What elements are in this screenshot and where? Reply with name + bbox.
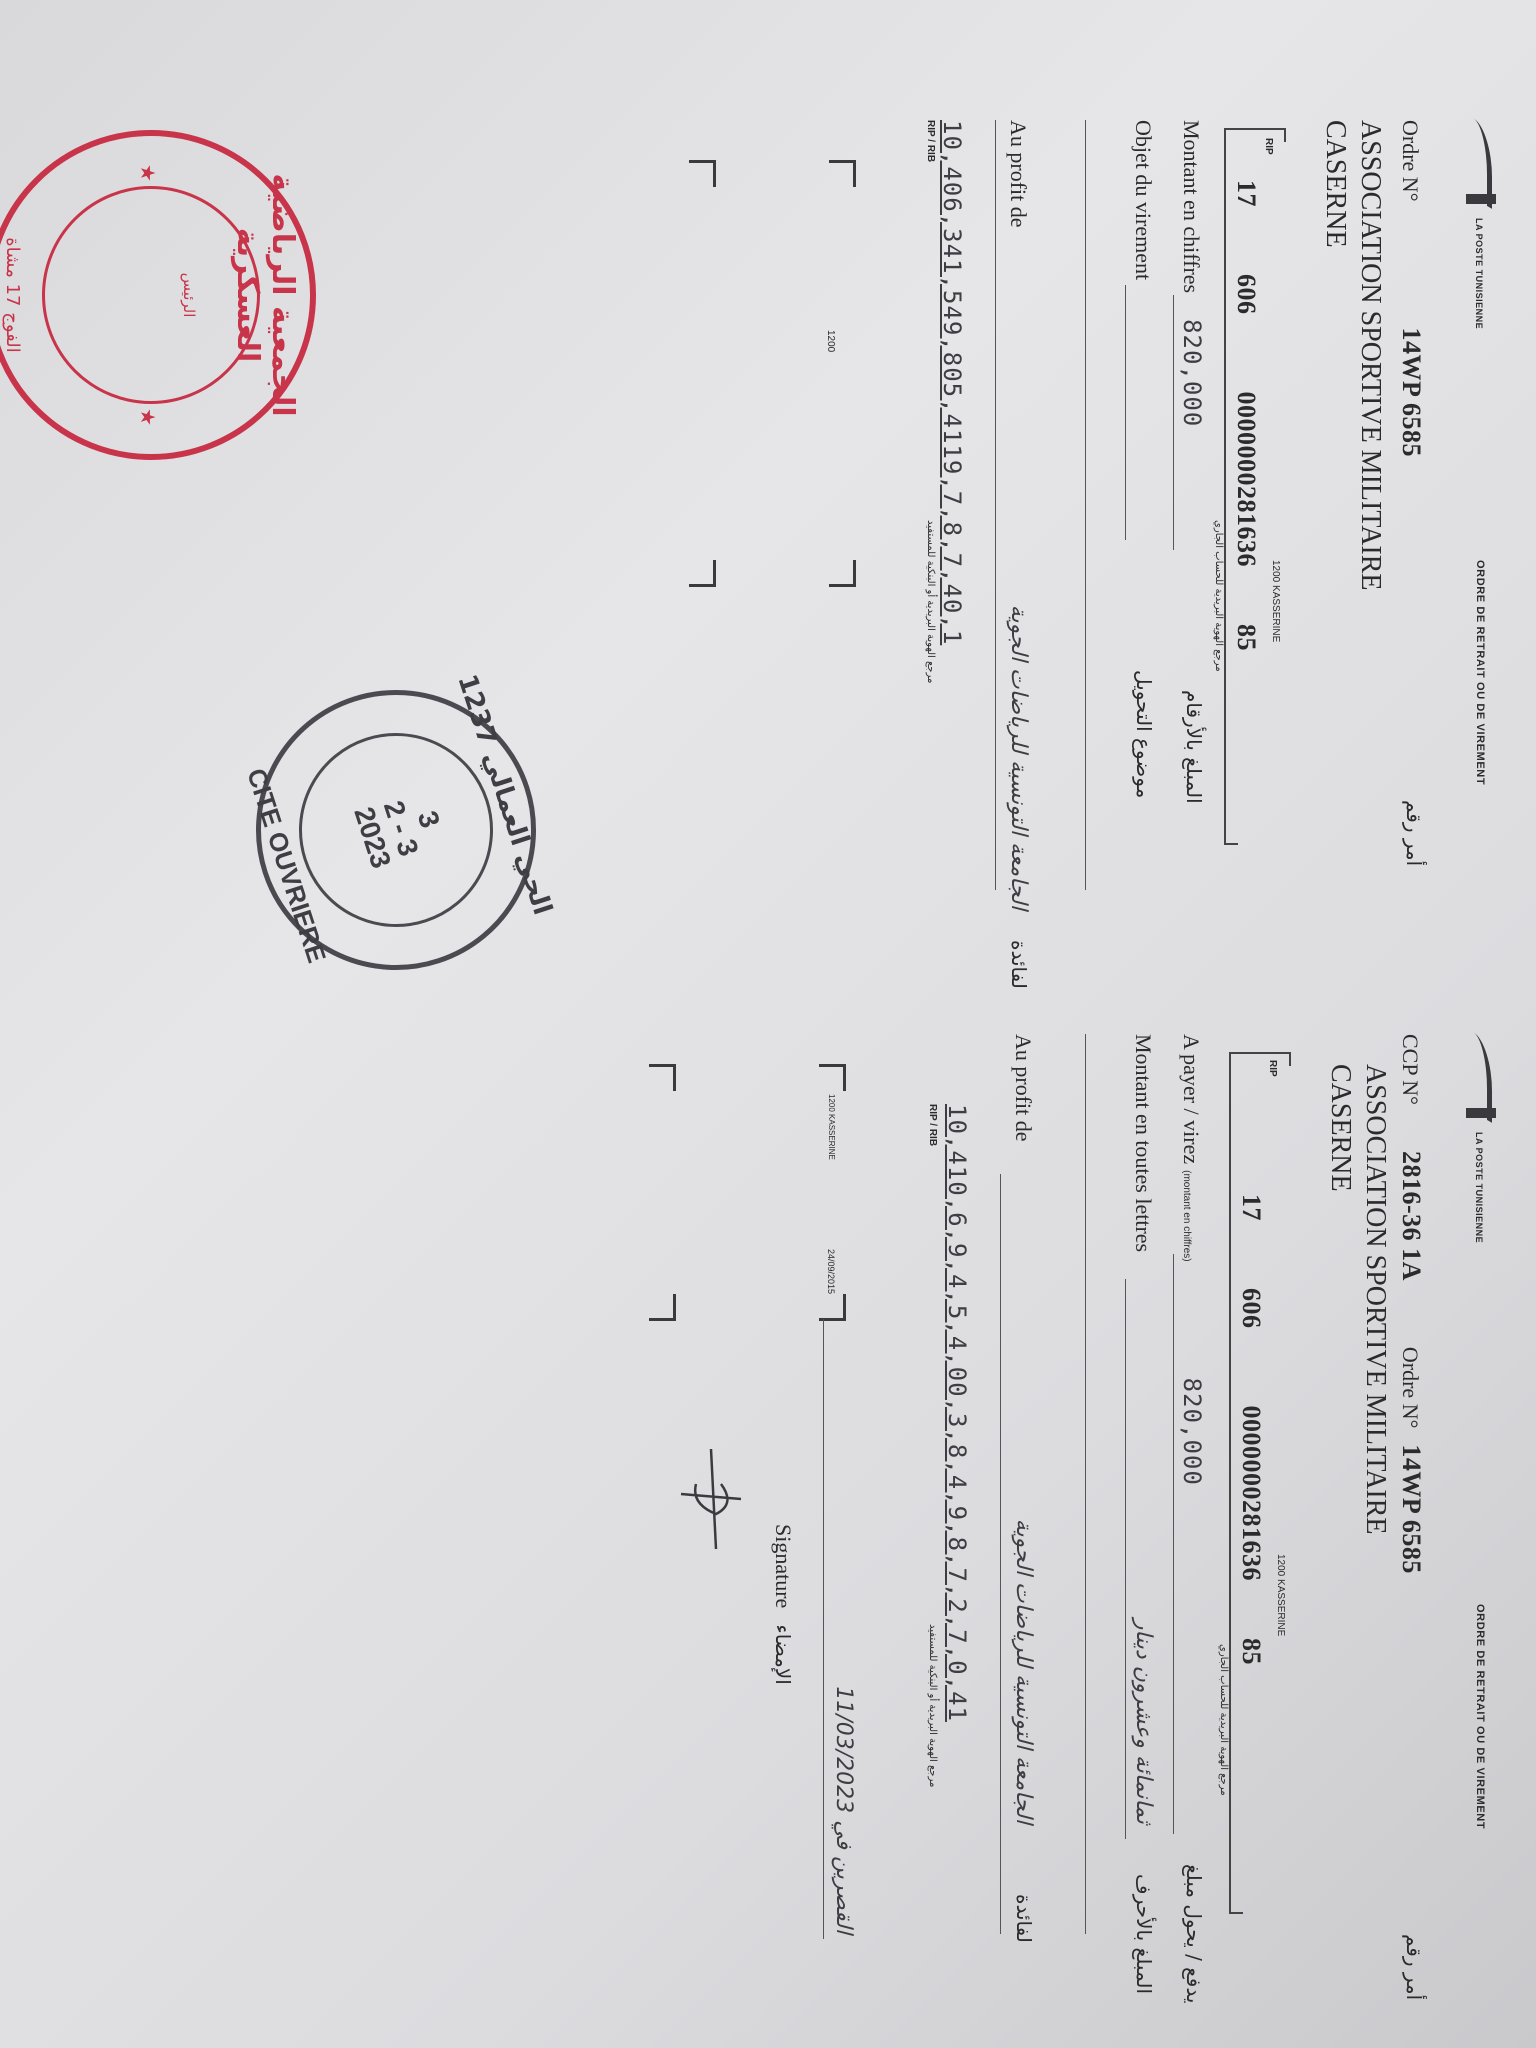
postal-transfer-form: LA POSTE TUNISIENNE ORDRE DE RETRAIT OU …: [0, 0, 1536, 2048]
rip-branch: 606: [1232, 274, 1261, 315]
corner-mark: [689, 160, 716, 187]
corner-mark: [829, 560, 856, 587]
pay-label-small: (montant en chiffres): [1181, 1170, 1192, 1262]
issuer-brand: LA POSTE TUNISIENNE: [1462, 120, 1496, 329]
date-line: [823, 1319, 824, 1939]
objet-line: [1125, 285, 1126, 540]
amount-line: [1173, 295, 1174, 550]
date-value[interactable]: القصرين في 11/03/2023: [831, 1414, 856, 1934]
red-stamp-bottom-text: الفوج 17 مشاة: [2, 136, 23, 454]
rip-number: 17 606 0000000281636 85: [1231, 180, 1261, 651]
ordre-value: 14WP 6585: [1397, 1444, 1426, 1573]
holder-address: CASERNE: [1324, 1064, 1356, 1192]
beneficiary-label-ar: لفائدة: [1012, 1894, 1036, 1943]
amount-label-ar: المبلغ بالأرقام: [1182, 690, 1206, 804]
star-icon: ★: [135, 164, 160, 182]
beneficiary-rib[interactable]: 10,406,341,549,805,4119,7,8,7,40,1: [938, 120, 966, 645]
beneficiary-line: [1000, 1174, 1001, 1934]
bottom-code: 1200 KASSERINE: [827, 1094, 836, 1160]
association-red-stamp: الجمعية الرياضية العسكرية الرئيس الفوج 1…: [0, 130, 316, 460]
amount-words-line-2: [1085, 1034, 1086, 1934]
objet-line-2: [1085, 120, 1086, 890]
postmark-stamp: الحي العمالي 1237 3 2 - 3 2023 CITE OUVR…: [220, 654, 573, 1007]
rib-caption-ar: مرجع الهوية البريدية أو البنكية للمستفيد: [927, 1624, 938, 1787]
form-title: ORDRE DE RETRAIT OU DE VIREMENT: [1474, 1604, 1486, 1829]
objet-row: Objet du virement موضوع التحويل: [1129, 120, 1156, 280]
pay-row: A payer / virez (montant en chiffres) 82…: [1177, 1034, 1206, 1486]
right-order: LA POSTE TUNISIENNE ORDRE DE RETRAIT OU …: [0, 1024, 1536, 2048]
issuer-name: LA POSTE TUNISIENNE: [1474, 1132, 1484, 1243]
objet-label-ar: موضوع التحويل: [1132, 670, 1156, 798]
objet-label: Objet du virement: [1131, 120, 1156, 280]
star-icon: ★: [135, 408, 160, 426]
rip-city: 1200 KASSERINE: [1270, 560, 1281, 642]
corner-mark: [829, 160, 856, 187]
rip-key: 85: [1232, 624, 1261, 651]
left-stub: LA POSTE TUNISIENNE ORDRE DE RETRAIT OU …: [0, 0, 1536, 1024]
beneficiary-label: Au profit de: [1011, 1034, 1036, 1142]
amount-label: Montant en chiffres: [1179, 120, 1204, 293]
ordre-label-ar: أمر رقم: [1402, 800, 1426, 866]
red-stamp-center-text: الرئيس: [178, 196, 201, 394]
red-stamp-ring-text: الجمعية الرياضية العسكرية: [230, 136, 300, 454]
la-poste-logo-icon: [1462, 1034, 1496, 1124]
pay-label: A payer / virez: [1179, 1034, 1204, 1164]
ordre-label-ar: أمر رقم: [1402, 1934, 1426, 2000]
rip-number: 17 606 0000000281636 85: [1236, 1194, 1266, 1665]
print-date: 24/09/2015: [826, 1249, 836, 1294]
signature-label: Signature: [771, 1524, 796, 1608]
beneficiary-value[interactable]: الجامعة التونسية للرياضات الجوية: [1011, 1264, 1036, 1824]
signature-row: Signature الإمضاء: [769, 1524, 796, 1685]
rip-bank: 17: [1237, 1194, 1266, 1221]
ordre-label: Ordre N°: [1398, 1347, 1423, 1429]
amount-value[interactable]: 820,000: [1178, 1378, 1206, 1486]
la-poste-logo-icon: [1462, 120, 1496, 210]
beneficiary-row: Au profit de الجامعة التونسية للرياضات ا…: [1009, 1034, 1036, 1142]
rip-bank: 17: [1232, 180, 1261, 207]
rip-caption-ar: مرجع الهوية البريدية للحساب الجاري: [1218, 1644, 1229, 1796]
ordre-value: 14WP 6585: [1397, 328, 1426, 457]
signature-icon: [676, 1444, 746, 1554]
bottom-code: 1200: [825, 330, 836, 352]
rib-label: RIP / RIB: [925, 120, 936, 162]
rip-caption-ar: مرجع الهوية البريدية للحساب الجاري: [1213, 520, 1224, 672]
corner-mark: [649, 1294, 676, 1321]
rip-label: RIP: [1263, 138, 1274, 155]
beneficiary-line: [995, 120, 996, 890]
ordre-row: Ordre N° 14WP 6585 أمر رقم: [1396, 120, 1426, 457]
ordre-label: Ordre N°: [1398, 120, 1423, 202]
holder-name: ASSOCIATION SPORTIVE MILITAIRE: [1359, 1064, 1391, 1535]
beneficiary-label-ar: لفائدة: [1007, 940, 1031, 989]
form-title: ORDRE DE RETRAIT OU DE VIREMENT: [1474, 560, 1486, 785]
rip-account: 0000000281636: [1232, 392, 1261, 568]
signature-label-ar: الإمضاء: [771, 1624, 795, 1685]
amount-words-row: Montant en toutes lettres ثمانمائة وعشرو…: [1129, 1034, 1156, 1252]
issuer-brand: LA POSTE TUNISIENNE: [1462, 1034, 1496, 1243]
rip-key: 85: [1237, 1638, 1266, 1665]
beneficiary-label: Au profit de: [1006, 120, 1031, 228]
beneficiary-rib[interactable]: 10,410,6,9,4,5,4,00,3,8,4,9,8,7,2,7,0,41: [943, 1104, 971, 1722]
rib-caption-ar: مرجع الهوية البريدية أو البنكية للمستفيد: [925, 520, 936, 683]
amount-row: Montant en chiffres 820,000 المبلغ بالأر…: [1177, 120, 1206, 427]
amount-line: [1173, 1254, 1174, 1834]
amount-words-label: Montant en toutes lettres: [1131, 1034, 1156, 1252]
holder-name: ASSOCIATION SPORTIVE MILITAIRE: [1354, 120, 1386, 591]
corner-mark: [819, 1064, 846, 1091]
ccp-row: CCP N° 2816-36 1A Ordre N° 14WP 6585 أمر…: [1396, 1034, 1426, 1574]
pay-label-ar: يدفع / يحول مبلغ: [1182, 1864, 1206, 2003]
corner-mark: [689, 560, 716, 587]
amount-words-value[interactable]: ثمانمائة وعشرون دينار: [1131, 1304, 1156, 1824]
holder-address: CASERNE: [1319, 120, 1351, 248]
issuer-name: LA POSTE TUNISIENNE: [1474, 218, 1484, 329]
beneficiary-value[interactable]: الجامعة التونسية للرياضات الجوية: [1006, 270, 1031, 910]
rip-account: 0000000281636: [1237, 1406, 1266, 1582]
ccp-value: 2816-36 1A: [1397, 1151, 1426, 1281]
amount-value[interactable]: 820,000: [1178, 319, 1206, 427]
corner-mark: [819, 1294, 846, 1321]
rip-label: RIP: [1267, 1060, 1278, 1077]
ccp-label: CCP N°: [1398, 1034, 1423, 1105]
beneficiary-row: Au profit de الجامعة التونسية للرياضات ا…: [1004, 120, 1031, 228]
rip-branch: 606: [1237, 1288, 1266, 1329]
amount-words-label-ar: المبلغ بالأحرف: [1132, 1874, 1156, 1994]
corner-mark: [649, 1064, 676, 1091]
rib-label: RIP / RIB: [927, 1104, 938, 1146]
rip-city: 1200 KASSERINE: [1275, 1554, 1286, 1636]
amount-words-line: [1125, 1279, 1126, 1839]
